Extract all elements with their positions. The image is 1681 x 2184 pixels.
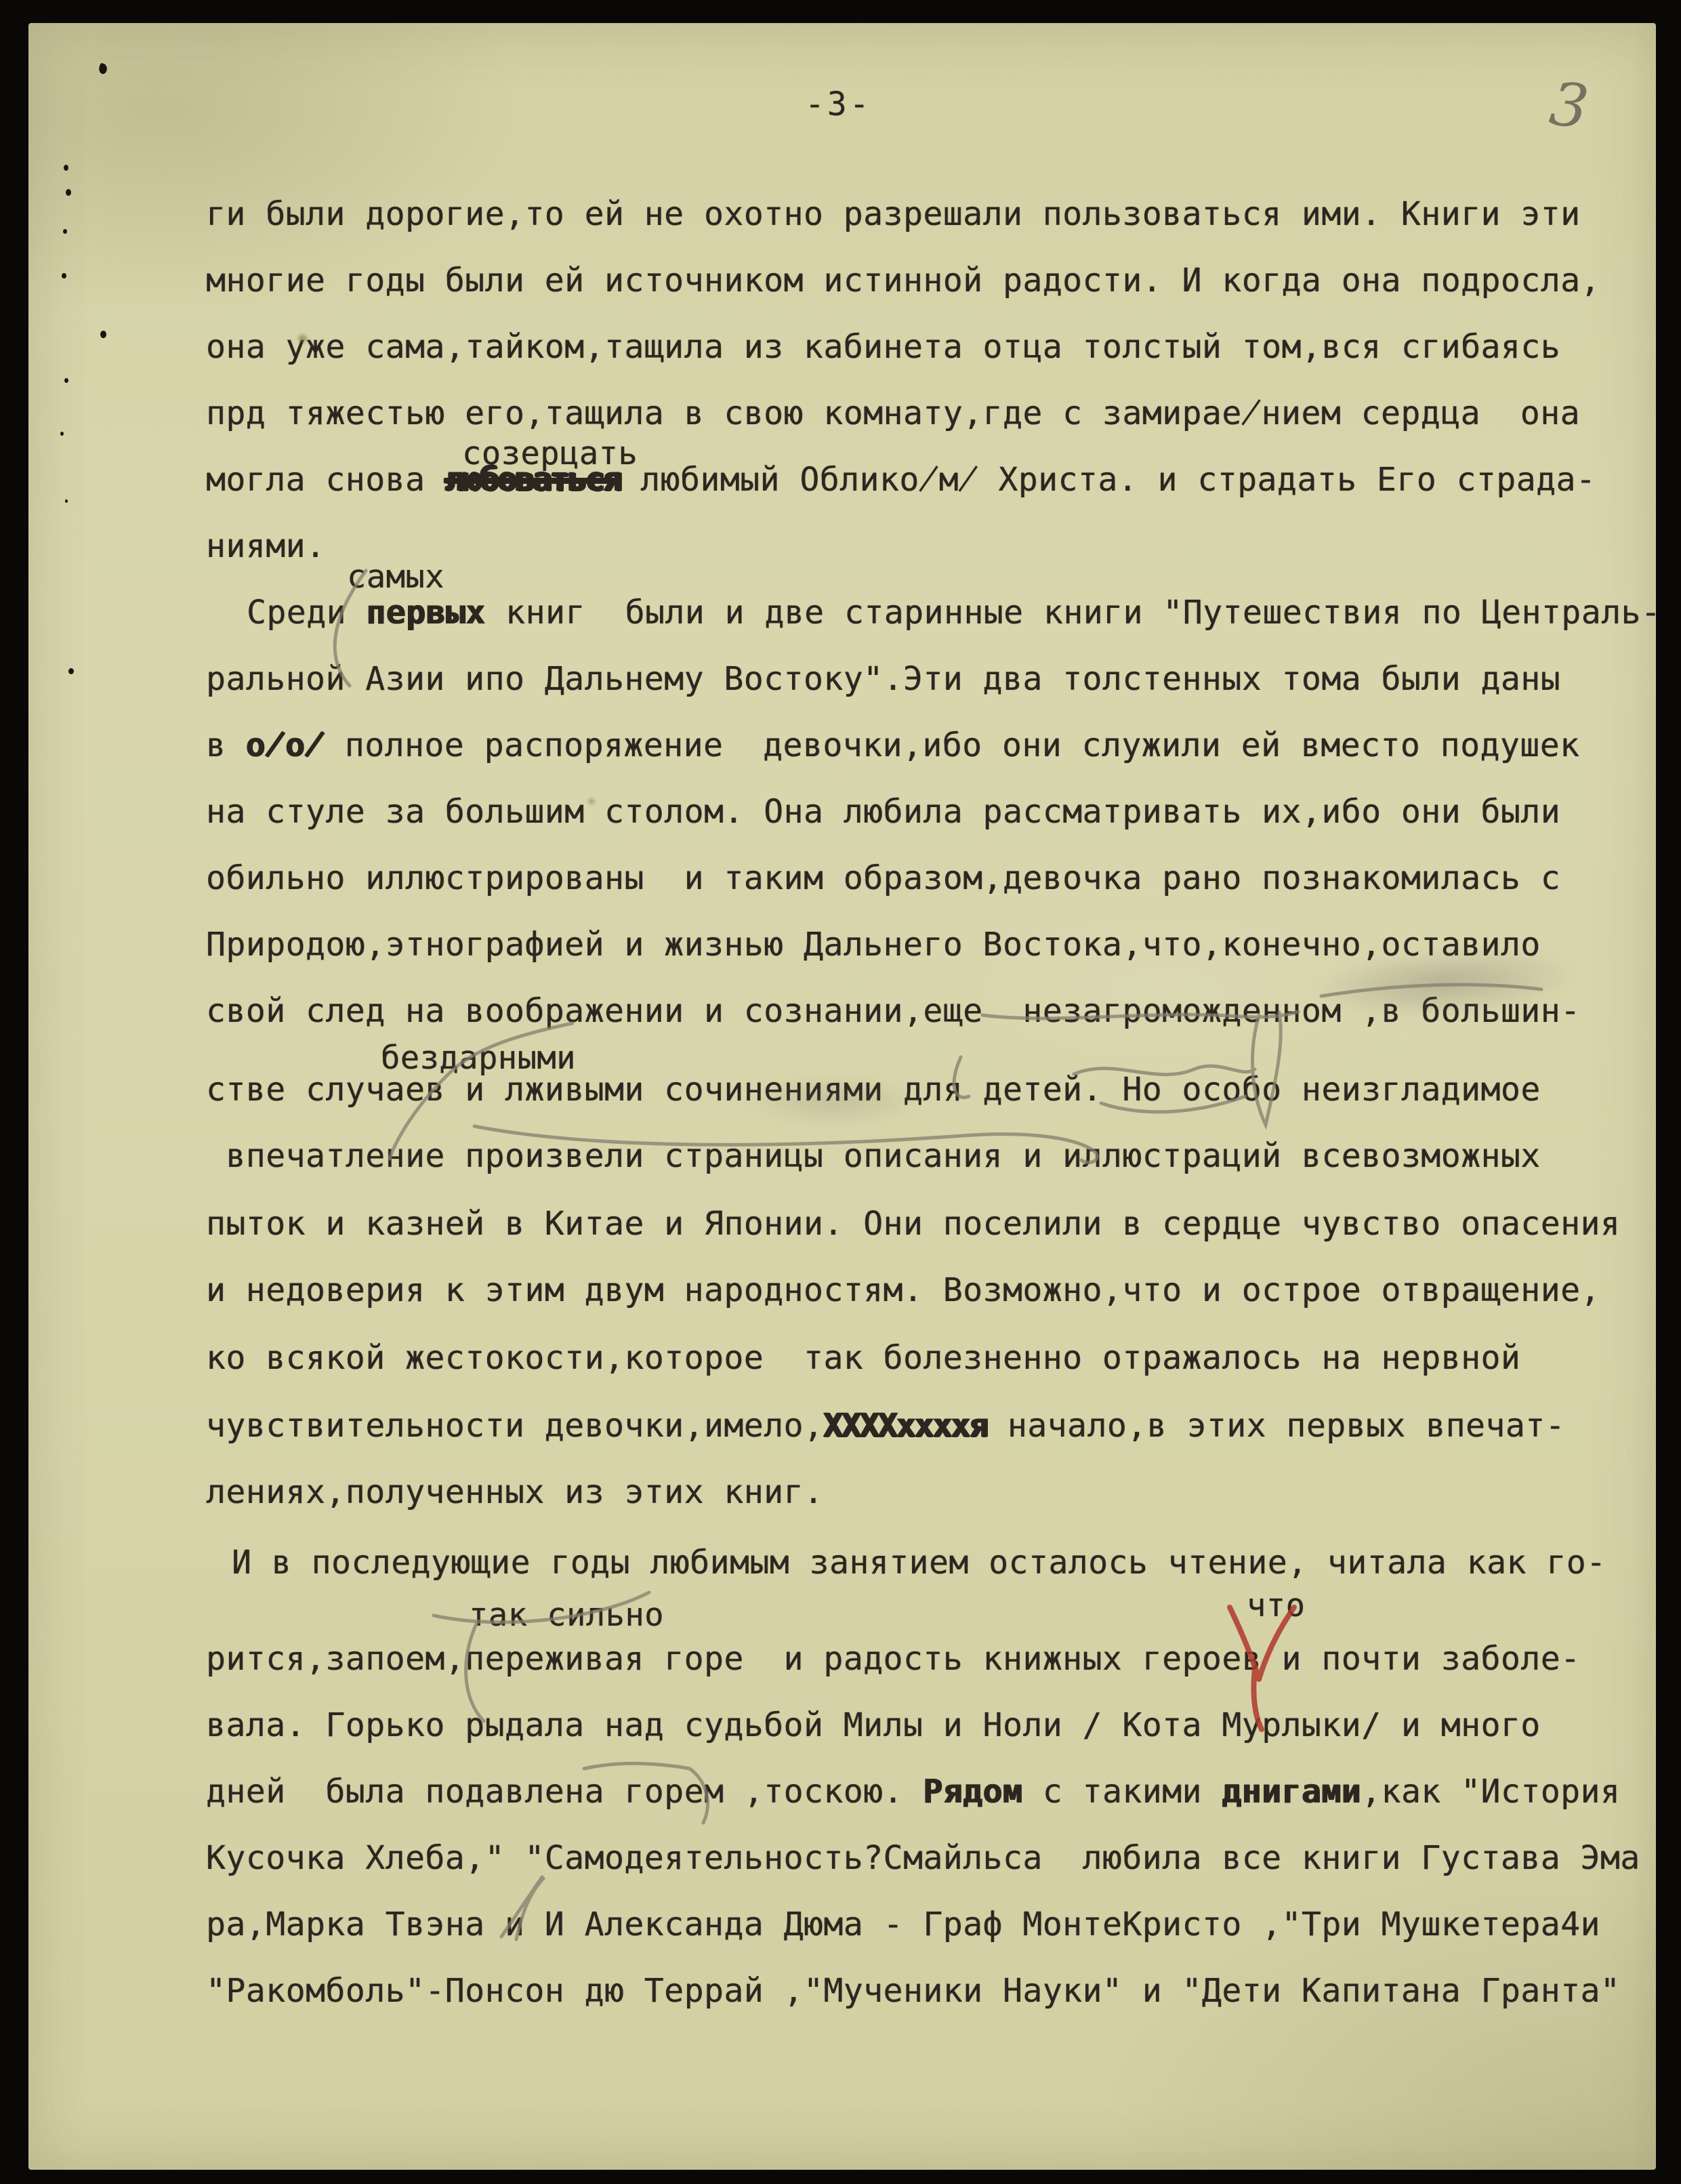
line-segment: рится,запоем,переживая горе и радость кн… — [206, 1640, 1282, 1678]
line-segment: Среди — [247, 594, 366, 632]
line-segment: в — [206, 726, 246, 764]
paper-speck — [64, 165, 68, 171]
overtyped-word: первых — [366, 594, 485, 632]
overtyped-word: днигами — [1222, 1773, 1361, 1811]
typed-line: лениях,полученных из этих книг. — [206, 1476, 823, 1508]
foxing-stain — [588, 798, 595, 804]
line-segment: лживыми сочинениями для детей. Но особо … — [485, 1071, 1541, 1109]
line-segment: любимый Облико̸м̸ Христа. и страдать Его… — [621, 461, 1596, 499]
line-segment: дней была подавлена — [206, 1773, 624, 1811]
typed-line: чувствительности девочки,имело,ХХХХххххя… — [206, 1409, 1565, 1442]
paper-speck — [63, 229, 67, 234]
typed-line: Природою,этнографией и жизнью Дальнего В… — [206, 928, 1541, 961]
line-segment: начало,в этих первых впечат- — [987, 1407, 1565, 1445]
paper-speck — [60, 432, 64, 436]
pencil-struck-word: и — [465, 1071, 484, 1109]
line-segment: полное распоряжение девочки,ибо они служ… — [325, 726, 1579, 764]
pencil-struck-letter: И — [545, 1905, 564, 1943]
paper-speck — [64, 378, 68, 383]
slashed-out-chars: о̸о̸ — [246, 726, 325, 764]
handwritten-page-number: 3 — [1546, 68, 1592, 142]
typed-line: Кусочка Хлеба," "Самодеятельность?Смайль… — [206, 1842, 1640, 1874]
overtyped-word: Рядом — [923, 1773, 1022, 1811]
line-segment: стве случаев — [206, 1071, 465, 1109]
line-segment: могла снова — [206, 461, 445, 499]
typed-page-number: -3- — [805, 85, 872, 123]
typed-line: на стуле за большим столом. Она любила р… — [206, 796, 1560, 828]
typed-line: ги были дорогие,то ей не охотно разрешал… — [206, 198, 1581, 230]
line-segment: ,как "История — [1361, 1773, 1620, 1811]
paper-speck — [66, 189, 71, 196]
line-segment: Александа Дюма - Граф МонтеКристо ,"Три … — [564, 1905, 1600, 1943]
typed-line: ральной Азии ипо Дальнему Востоку".Эти д… — [206, 663, 1560, 695]
paper-hole — [100, 331, 106, 338]
paper-hole — [68, 668, 74, 674]
line-segment: ,тоскою. — [724, 1773, 923, 1811]
line-segment: книг были и две старинные книги "Путешес… — [486, 594, 1661, 632]
line-segment: с такими — [1022, 1773, 1222, 1811]
interlinear-insertion: самых — [347, 561, 444, 593]
typed-line: она уже сама,тайком,тащила из кабинета о… — [206, 331, 1560, 363]
line-segment: чувствительности девочки,имело, — [206, 1407, 823, 1445]
typed-line: в о̸о̸ полное распоряжение девочки,ибо о… — [206, 729, 1580, 762]
typed-line: обильно иллюстрированы и таким образом,д… — [206, 862, 1560, 894]
typed-line: "Ракомболь"-Понсон дю Террай ,"Мученики … — [206, 1975, 1620, 2007]
typed-line: И в последующие годы любимым занятием ос… — [232, 1546, 1606, 1579]
typed-line: пыток и казней в Китае и Японии. Они пос… — [206, 1208, 1620, 1240]
typed-line: ниями. — [206, 530, 325, 562]
typed-line: ко всякой жестокости,которое так болезне… — [206, 1342, 1520, 1374]
pencil-struck-word: горем — [624, 1773, 724, 1811]
pencil-smudge — [745, 1077, 921, 1125]
scan-background: -3- 3 ги были дорогие,то ей не охотно ра… — [0, 0, 1681, 2184]
typed-line: впечатление произвели страницы описания … — [206, 1140, 1541, 1172]
interlinear-insertion: что — [1247, 1590, 1305, 1622]
overtyped-strikeout: ХХХХххххя — [823, 1407, 987, 1445]
red-struck-word: и — [1282, 1640, 1302, 1678]
typed-line: ра,Марка Твэна и И Александа Дюма - Граф… — [206, 1908, 1600, 1941]
typed-line: и недоверия к этим двум народностям. Воз… — [206, 1274, 1600, 1306]
paper-speck — [62, 273, 66, 279]
line-segment: ра,Марка Твэна и — [206, 1905, 545, 1943]
typed-line: дней была подавлена горем ,тоскою. Рядом… — [206, 1775, 1620, 1808]
typed-line: прд тяжестью его,тащила в свою комнату,г… — [206, 397, 1580, 430]
foxing-stain — [298, 335, 307, 342]
interlinear-insertion: бездарными — [381, 1042, 576, 1074]
typed-line: вала. Горько рыдала над судьбой Милы и Н… — [206, 1709, 1541, 1742]
typed-line: Среди первых книг были и две старинные к… — [247, 596, 1661, 629]
interlinear-insertion: так сильно — [469, 1599, 664, 1631]
overtyped-strikeout: любоваться — [445, 461, 621, 499]
paper-speck — [65, 499, 68, 503]
line-segment: почти заболе- — [1302, 1640, 1581, 1678]
typed-line: многие годы были ей источником истинной … — [206, 264, 1600, 297]
typed-line: рится,запоем,переживая горе и радость кн… — [206, 1643, 1581, 1675]
typed-line: могла снова любоваться любимый Облико̸м̸… — [206, 463, 1596, 496]
